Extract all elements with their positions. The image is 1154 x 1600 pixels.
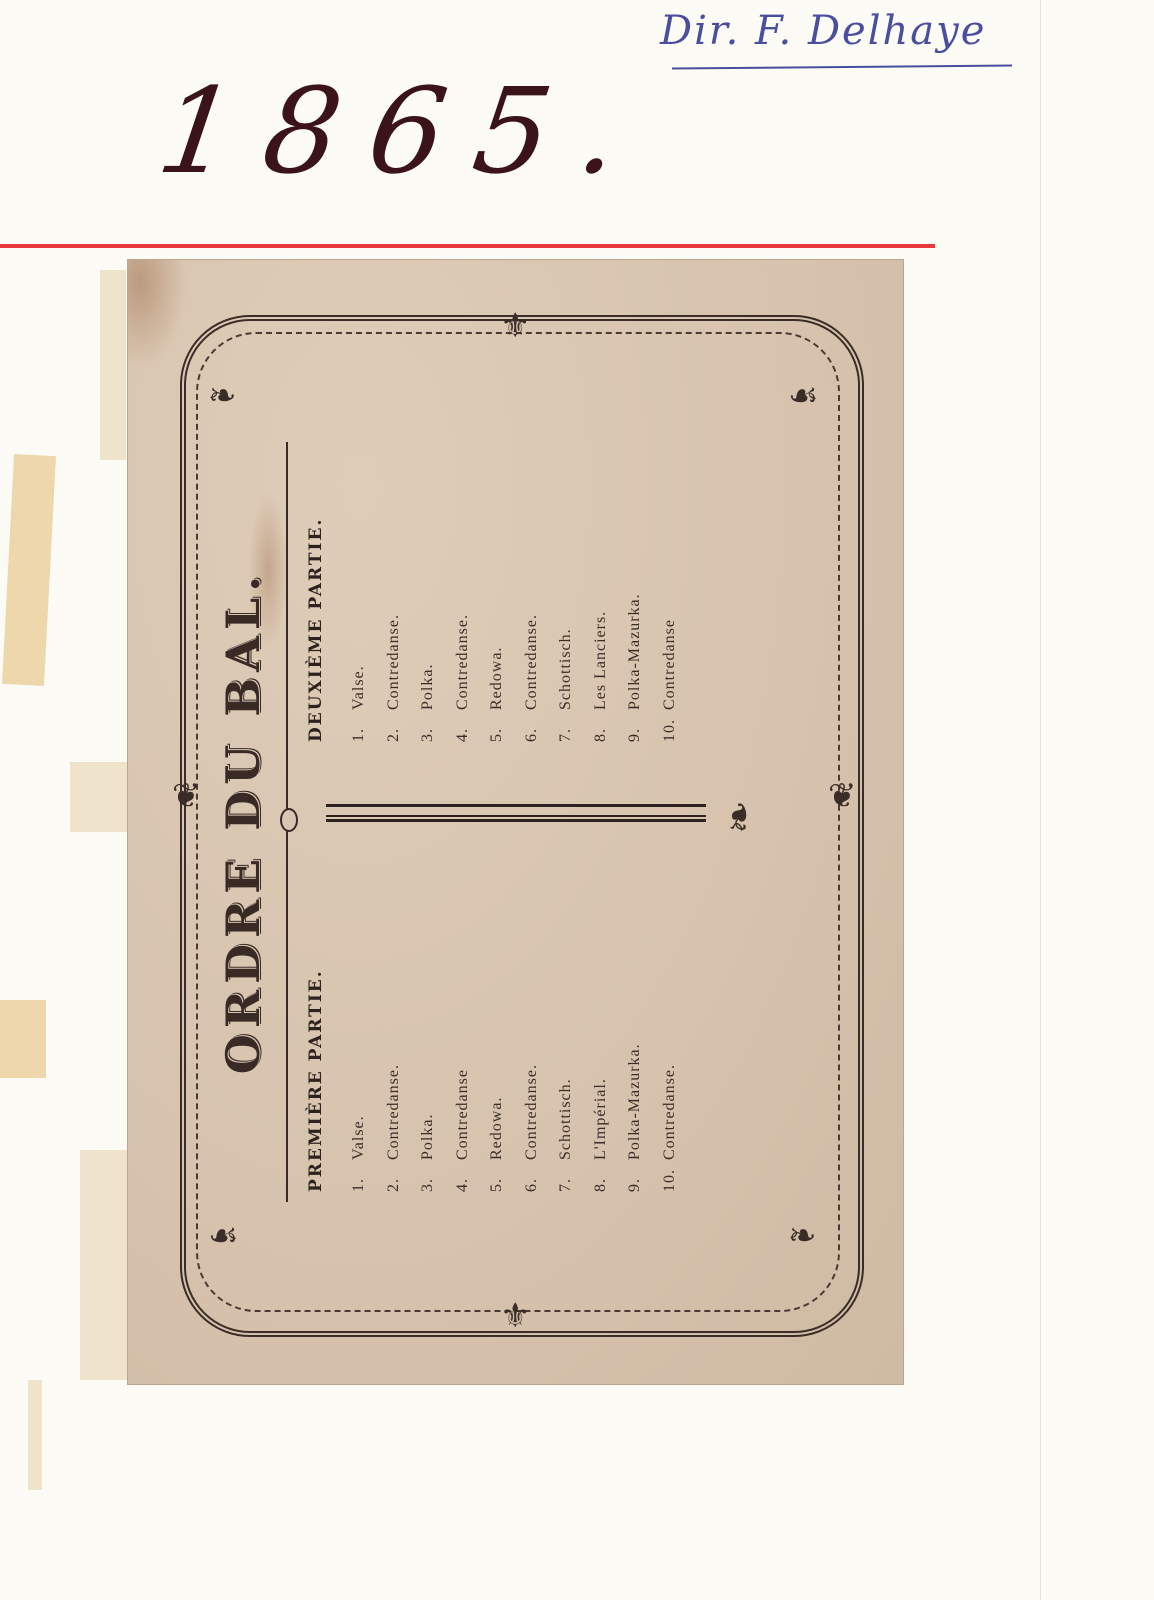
dance-item: 10.Contredanse. [653, 812, 688, 1192]
part-heading: PREMIÈRE PARTIE. [306, 812, 326, 1192]
tape-strip [70, 762, 130, 832]
dance-item: 2.Contredanse. [377, 812, 412, 1192]
dance-item: 4.Contredanse [446, 812, 481, 1192]
dance-item: 9.Polka-Mazurka. [618, 812, 653, 1192]
tape-strip [100, 270, 126, 460]
dance-item: 1.Valse. [342, 812, 377, 1192]
red-rule-line [0, 244, 935, 248]
card-title: ORDRE DU BAL. [216, 322, 270, 1322]
dance-item: 5.Redowa. [480, 812, 515, 1192]
dance-item: 10.Contredanse [653, 362, 688, 742]
tape-strip [80, 1150, 130, 1380]
dance-item: 7.Schottisch. [549, 362, 584, 742]
title-rule-ornament [280, 808, 298, 832]
dance-item: 5.Redowa. [480, 362, 515, 742]
dance-item: 3.Polka. [411, 362, 446, 742]
column-divider [326, 804, 706, 822]
dance-item: 4.Contredanse. [446, 362, 481, 742]
director-underline [672, 65, 1012, 70]
tape-strip [28, 1380, 42, 1490]
dance-item: 8.Les Lanciers. [584, 362, 619, 742]
dance-item: 3.Polka. [411, 812, 446, 1192]
dance-item: 7.Schottisch. [549, 812, 584, 1192]
dance-item: 6.Contredanse. [515, 812, 550, 1192]
ball-program-card: ⚜ ⚜ ❦ ❦ ❧ ☙ ☙ ❧ ORDRE DU BAL. PREMIÈRE P… [128, 260, 903, 1384]
part-two-column: DEUXIÈME PARTIE. 1.Valse. 2.Contredanse.… [306, 362, 687, 742]
water-stain [128, 260, 188, 370]
album-page-edge [1040, 0, 1041, 1600]
dance-item: 1.Valse. [342, 362, 377, 742]
end-flourish-icon: ❧ [716, 762, 763, 872]
part-heading: DEUXIÈME PARTIE. [306, 362, 326, 742]
tape-strip [2, 454, 56, 686]
dance-item: 2.Contredanse. [377, 362, 412, 742]
dance-item: 9.Polka-Mazurka. [618, 362, 653, 742]
tape-strip [0, 1000, 46, 1078]
rotated-program-content: ORDRE DU BAL. PREMIÈRE PARTIE. 1.Valse. … [196, 322, 836, 1322]
part-one-column: PREMIÈRE PARTIE. 1.Valse. 2.Contredanse.… [306, 812, 687, 1192]
dance-item: 8.L'Impérial. [584, 812, 619, 1192]
handwritten-director: Dir. F. Delhaye [660, 8, 986, 54]
handwritten-year: 1865. [150, 62, 657, 200]
dance-item: 6.Contredanse. [515, 362, 550, 742]
